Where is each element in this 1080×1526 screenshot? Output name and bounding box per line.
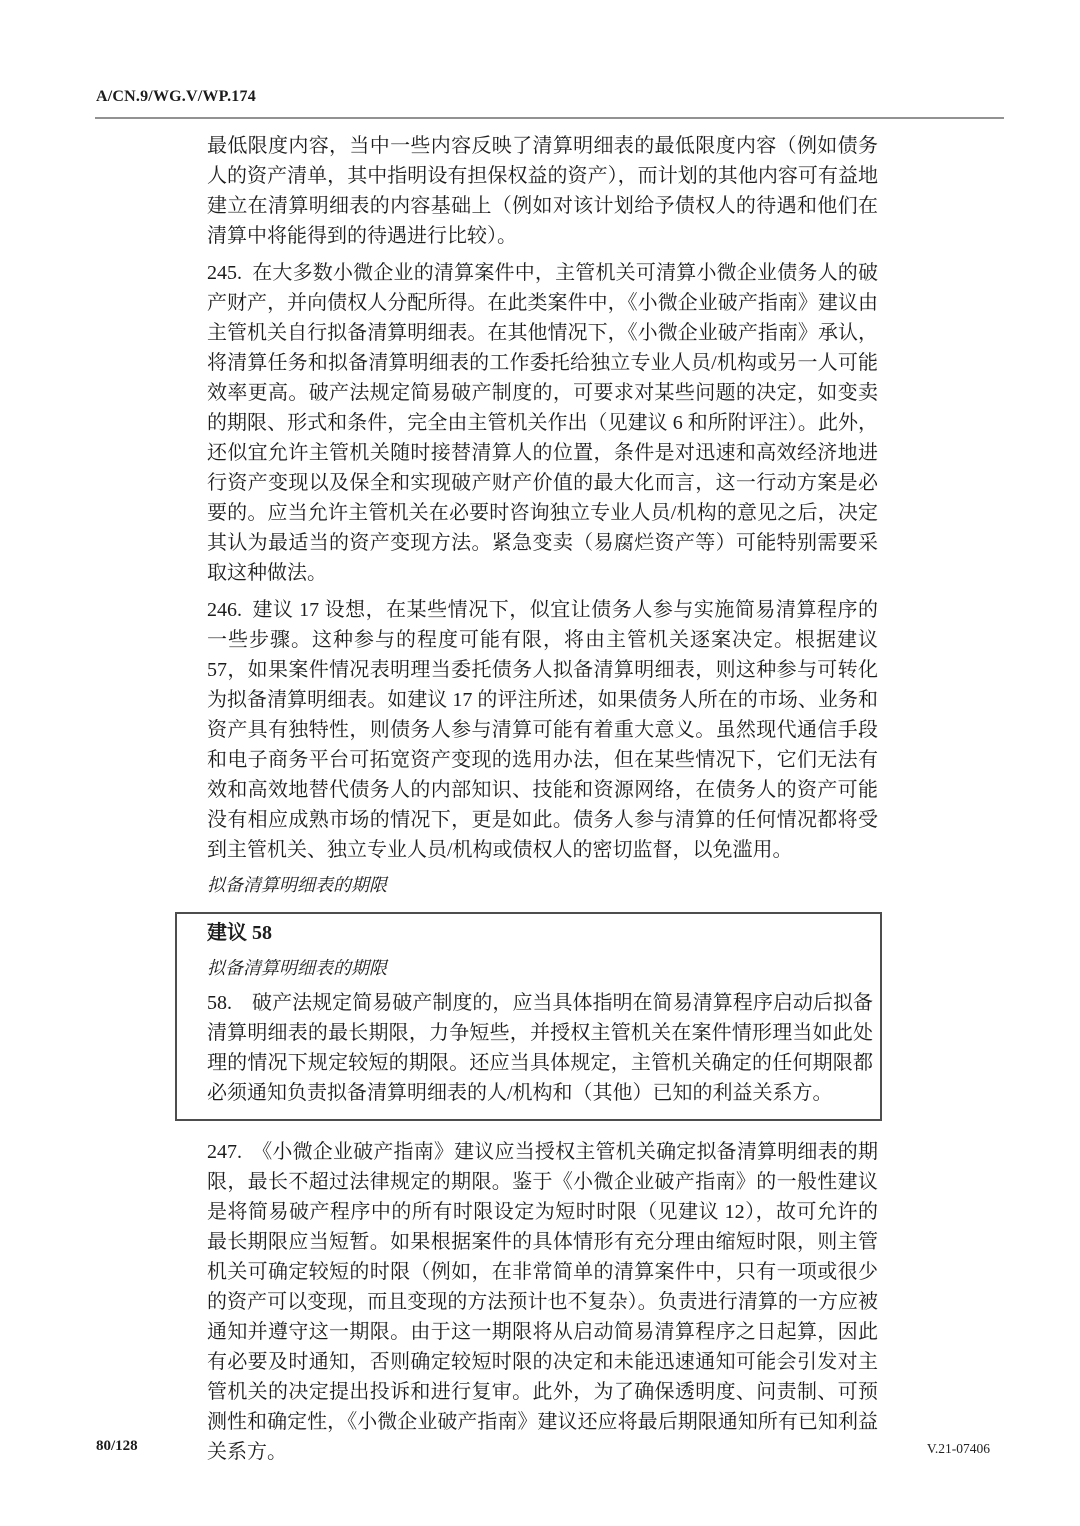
footer-doc-number: V.21-07406 xyxy=(927,1441,990,1457)
paragraph-245: 245. 在大多数小微企业的清算案件中，主管机关可清算小微企业债务人的破产财产，… xyxy=(207,258,878,588)
recommendation-body: 58. 破产法规定简易破产制度的，应当具体指明在简易清算程序启动后拟备清算明细表… xyxy=(207,988,873,1108)
paragraph-continuation: 最低限度内容，当中一些内容反映了清算明细表的最低限度内容（例如债务人的资产清单，… xyxy=(207,131,878,251)
document-page: A/CN.9/WG.V/WP.174 最低限度内容，当中一些内容反映了清算明细表… xyxy=(0,0,1080,1526)
document-body: 最低限度内容，当中一些内容反映了清算明细表的最低限度内容（例如债务人的资产清单，… xyxy=(207,131,878,1474)
recommendation-box: 建议 58 拟备清算明细表的期限 58. 破产法规定简易破产制度的，应当具体指明… xyxy=(175,912,882,1121)
footer-page-number: 80/128 xyxy=(96,1438,138,1455)
recommendation-subtitle: 拟备清算明细表的期限 xyxy=(207,955,873,981)
doc-symbol: A/CN.9/WG.V/WP.174 xyxy=(96,88,256,106)
header-divider xyxy=(95,117,1004,119)
paragraph-246: 246. 建议 17 设想，在某些情况下，似宜让债务人参与实施简易清算程序的一些… xyxy=(207,595,878,865)
section-heading: 拟备清算明细表的期限 xyxy=(207,872,878,898)
recommendation-title: 建议 58 xyxy=(207,918,873,948)
paragraph-247: 247. 《小微企业破产指南》建议应当授权主管机关确定拟备清算明细表的期限，最长… xyxy=(207,1137,878,1467)
